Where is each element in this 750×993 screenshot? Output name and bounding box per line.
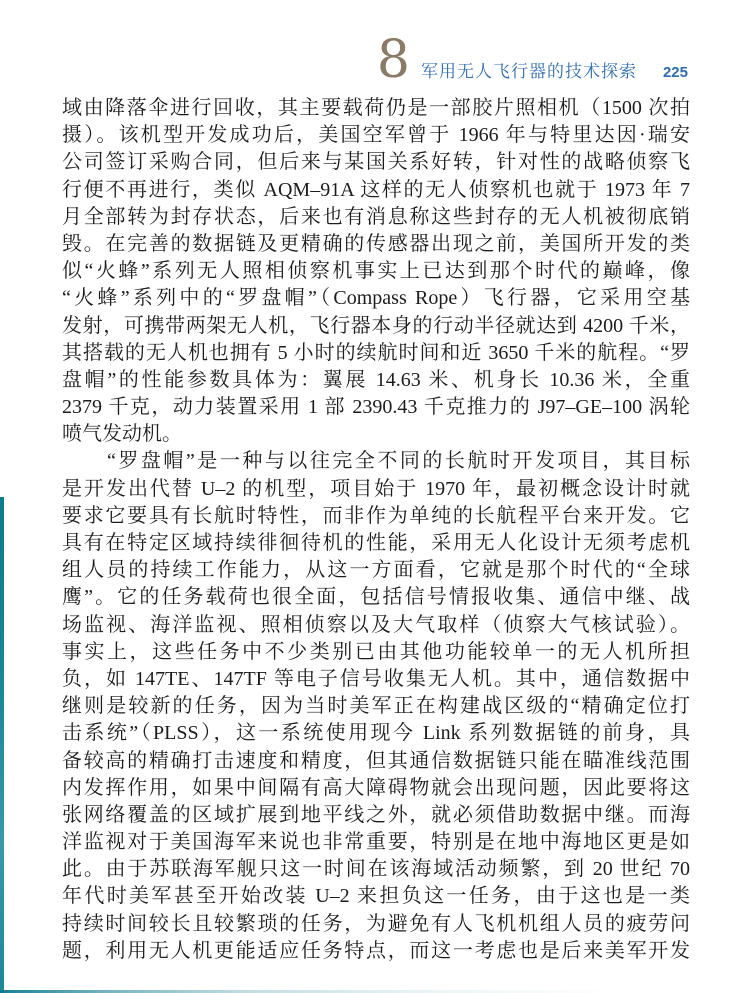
paragraph-2: “罗盘帽”是一种与以往完全不同的长航时开发项目，其目标 是开发出代替 U–2 的… [62,448,690,965]
text-line: 张网络覆盖的区域扩展到地平线之外，就必须借助数据中继。而海 [62,802,690,829]
text-line: 月全部转为封存状态，后来也有消息称这些封存的无人机被彻底销 [62,204,690,231]
text-line: 鹰”。它的任务载荷也很全面，包括信号情报收集、通信中继、战 [62,584,690,611]
text-line: 摄）。该机型开发成功后，美国空军曾于 1966 年与特里达因·瑞安 [62,122,690,149]
text-line: 公司签订采购合同，但后来与某国关系好转，针对性的战略侦察飞 [62,149,690,176]
text-line: 题，利用无人机更能适应任务特点，而这一考虑也是后来美军开发 [62,938,690,965]
text-line: “火蜂”系列中的“罗盘帽”（Compass Rope）飞行器，它采用空基 [62,285,690,312]
text-line: 洋监视对于美国海军来说也非常重要，特别是在地中海地区更是如 [62,829,690,856]
text-line: 毁。在完善的数据链及更精确的传感器出现之前，美国所开发的类 [62,231,690,258]
body-text: 域由降落伞进行回收，其主要载荷仍是一部胶片照相机（1500 次拍 摄）。该机型开… [62,95,690,965]
chapter-number: 8 [377,34,410,86]
text-line: 是开发出代替 U–2 的机型，项目始于 1970 年，最初概念设计时就 [62,476,690,503]
text-line: 此。由于苏联海军舰只这一时间在该海域活动频繁，到 20 世纪 70 [62,856,690,883]
text-line: 要求它要具有长航时特性，而非作为单纯的长航程平台来开发。它 [62,503,690,530]
text-line: 继则是较新的任务，因为当时美军正在构建战区级的“精确定位打 [62,693,690,720]
text-line: 域由降落伞进行回收，其主要载荷仍是一部胶片照相机（1500 次拍 [62,95,690,122]
text-line: 行便不再进行，类似 AQM–91A 这样的无人侦察机也就于 1973 年 7 [62,177,690,204]
text-line: 喷气发动机。 [62,421,690,448]
text-line: 击系统”（PLSS），这一系统使用现今 Link 系列数据链的前身，具 [62,720,690,747]
text-line: 发射，可携带两架无人机，飞行器本身的行动半径就达到 4200 千米， [62,313,690,340]
text-line: 2379 千克，动力装置采用 1 部 2390.43 千克推力的 J97–GE–… [62,394,690,421]
text-line: 年代时美军甚至开始改装 U–2 来担负这一任务，由于这也是一类 [62,883,690,910]
text-line: 负，如 147TE、147TF 等电子信号收集无人机。其中，通信数据中 [62,666,690,693]
text-line: 事实上，这些任务中不少类别已由其他功能较单一的无人机所担 [62,639,690,666]
text-line: “罗盘帽”是一种与以往完全不同的长航时开发项目，其目标 [62,448,690,475]
text-line: 具有在特定区域持续徘徊待机的性能，采用无人化设计无须考虑机 [62,530,690,557]
text-line: 组人员的持续工作能力，从这一方面看，它就是那个时代的“全球 [62,557,690,584]
text-line: 内发挥作用，如果中间隔有高大障碍物就会出现问题，因此要将这 [62,775,690,802]
text-line: 似“火蜂”系列无人照相侦察机事实上已达到那个时代的巅峰，像 [62,258,690,285]
text-line: 场监视、海洋监视、照相侦察以及大气取样（侦察大气核试验）。 [62,612,690,639]
text-line: 盘帽”的性能参数具体为：翼展 14.63 米、机身长 10.36 米，全重 [62,367,690,394]
text-line: 持续时间较长且较繁琐的任务，为避免有人飞机机组人员的疲劳问 [62,911,690,938]
page-number: 225 [663,64,688,81]
chapter-title: 军用无人飞行器的技术探索 [421,57,637,82]
left-accent-bar [0,497,4,993]
page-header: 8 军用无人飞行器的技术探索 225 [377,34,688,86]
paragraph-1: 域由降落伞进行回收，其主要载荷仍是一部胶片照相机（1500 次拍 摄）。该机型开… [62,95,690,448]
text-line: 备较高的精确打击速度和精度，但其通信数据链只能在瞄准线范围 [62,748,690,775]
text-line: 其搭载的无人机也拥有 5 小时的续航时间和近 3650 千米的航程。“罗 [62,340,690,367]
